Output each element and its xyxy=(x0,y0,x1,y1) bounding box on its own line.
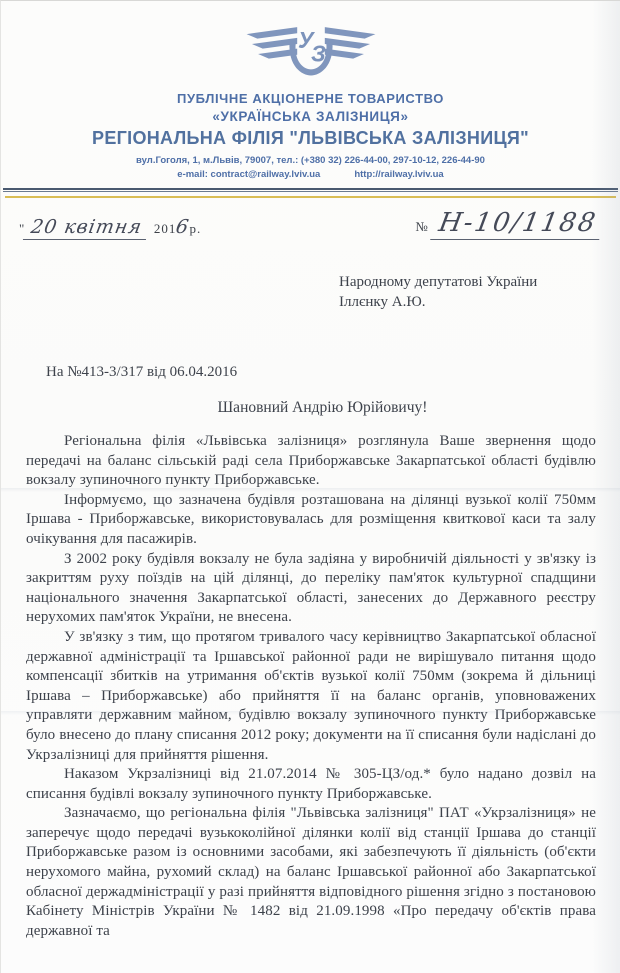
body-paragraph: У зв'язку з тим, що протягом тривалого ч… xyxy=(26,628,596,765)
railway-logo-icon: У З xyxy=(1,21,620,87)
recipient-line1: Народному депутатові України xyxy=(339,272,620,292)
branch-name: РЕГІОНАЛЬНА ФІЛІЯ "ЛЬВІВСЬКА ЗАЛІЗНИЦЯ" xyxy=(1,128,620,149)
body-paragraph: Інформуємо, що зазначена будівля розташо… xyxy=(26,491,596,550)
body-paragraph: Зазначаємо, що регіональна філія "Львівс… xyxy=(26,804,596,941)
outgoing-number: № Н-10/1188 xyxy=(415,208,602,240)
letter-body: Регіональна філія «Львівська залізниця» … xyxy=(26,432,596,941)
org-type: ПУБЛІЧНЕ АКЦІОНЕРНЕ ТОВАРИСТВО xyxy=(1,91,620,106)
letterhead-email: e-mail: contract@railway.lviv.ua xyxy=(177,169,320,180)
letterhead-contact: e-mail: contract@railway.lviv.uahttp://r… xyxy=(1,169,620,180)
handwritten-date: "20 квітня 2016р. xyxy=(19,216,201,240)
org-name: «УКРАЇНСЬКА ЗАЛІЗНИЦЯ» xyxy=(1,109,620,124)
letterhead-website: http://railway.lviv.ua xyxy=(354,169,443,180)
handwritten-day-month: 20 квітня xyxy=(23,216,150,240)
number-sign: № xyxy=(415,219,427,234)
separator-rule-dark xyxy=(3,188,618,192)
printed-year-prefix: 201 xyxy=(154,221,177,236)
letterhead: У З ПУБЛІЧНЕ АКЦІОНЕРНЕ ТОВАРИСТВО «УКРА… xyxy=(1,1,620,198)
scanned-letter-page: У З ПУБЛІЧНЕ АКЦІОНЕРНЕ ТОВАРИСТВО «УКРА… xyxy=(0,0,620,973)
handwritten-number: Н-10/1188 xyxy=(430,208,605,240)
printed-year-suffix: р. xyxy=(189,221,201,236)
reference-line: "20 квітня 2016р. № Н-10/1188 xyxy=(1,198,620,240)
reply-reference: На №413-3/317 від 06.04.2016 xyxy=(46,364,620,381)
salutation: Шановний Андрію Юрійовичу! xyxy=(1,399,620,417)
letterhead-address: вул.Гоголя, 1, м.Львів, 79007, тел.: (+3… xyxy=(1,155,620,166)
body-paragraph: З 2002 року будівля вокзалу не була заді… xyxy=(26,550,596,628)
body-paragraph: Наказом Укрзалізниці від 21.07.2014 № 30… xyxy=(26,765,596,804)
recipient-block: Народному депутатові України Іллєнку А.Ю… xyxy=(339,272,620,312)
body-paragraph: Регіональна філія «Львівська залізниця» … xyxy=(26,432,596,491)
svg-text:З: З xyxy=(311,41,326,67)
recipient-line2: Іллєнку А.Ю. xyxy=(339,292,620,312)
